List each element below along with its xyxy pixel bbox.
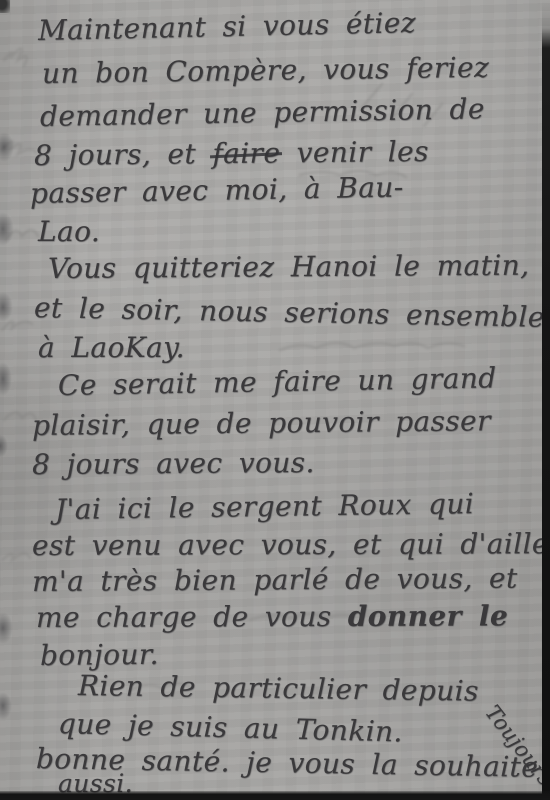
handwritten-line: Vous quitteriez Hanoi le matin, [48,249,530,285]
ink-smudge [0,692,12,720]
ink-smudge [0,292,13,322]
letter-page: Maintenant si vous étiez un bon Compère,… [0,0,550,800]
handwritten-line: est venu avec vous, et qui d'ailleurs [32,527,550,562]
ink-smudge [0,612,13,644]
handwritten-line: Rien de particulier depuis [78,669,479,708]
handwritten-line: Maintenant si vous étiez [38,6,417,47]
ink-smudge [0,362,12,396]
handwritten-line: me charge de vous donner le [36,599,508,634]
handwritten-line: Ce serait me faire un grand [58,361,497,402]
struck-word: faire [212,136,280,170]
ink-smudge [0,212,14,246]
ink-smudge [0,132,14,162]
line-segment: venir les [280,135,429,170]
handwritten-line: un bon Compère, vous feriez [42,51,490,90]
handwritten-line: m'a très bien parlé de vous, et [32,562,518,598]
handwritten-line: 8 jours avec vous. [32,446,315,481]
corner-mark [0,0,10,13]
scan-edge-bottom [0,791,550,800]
handwritten-line: à LaoKay. [38,331,185,364]
handwritten-line: Lao. [38,215,100,248]
handwritten-line: plaisir, que de pouvoir passer [32,404,491,442]
handwritten-line: demander une permission de [40,92,485,133]
scan-edge-right [542,0,550,800]
handwritten-line: et le soir, nous serions ensemble [34,291,545,334]
handwritten-line: J'ai ici le sergent Roux qui [55,487,475,526]
handwritten-line: 8 jours, et faire venir les [34,135,429,172]
overwritten-words: donner le [348,599,508,633]
line-segment: 8 jours, et [34,137,213,172]
handwritten-line: passer avec moi, à Bau- [30,170,404,210]
line-segment: me charge de vous [36,600,348,634]
ink-smudge [0,434,8,458]
handwritten-line: que je suis au Tonkin. [58,707,404,748]
handwritten-line: bonjour. [40,638,159,672]
